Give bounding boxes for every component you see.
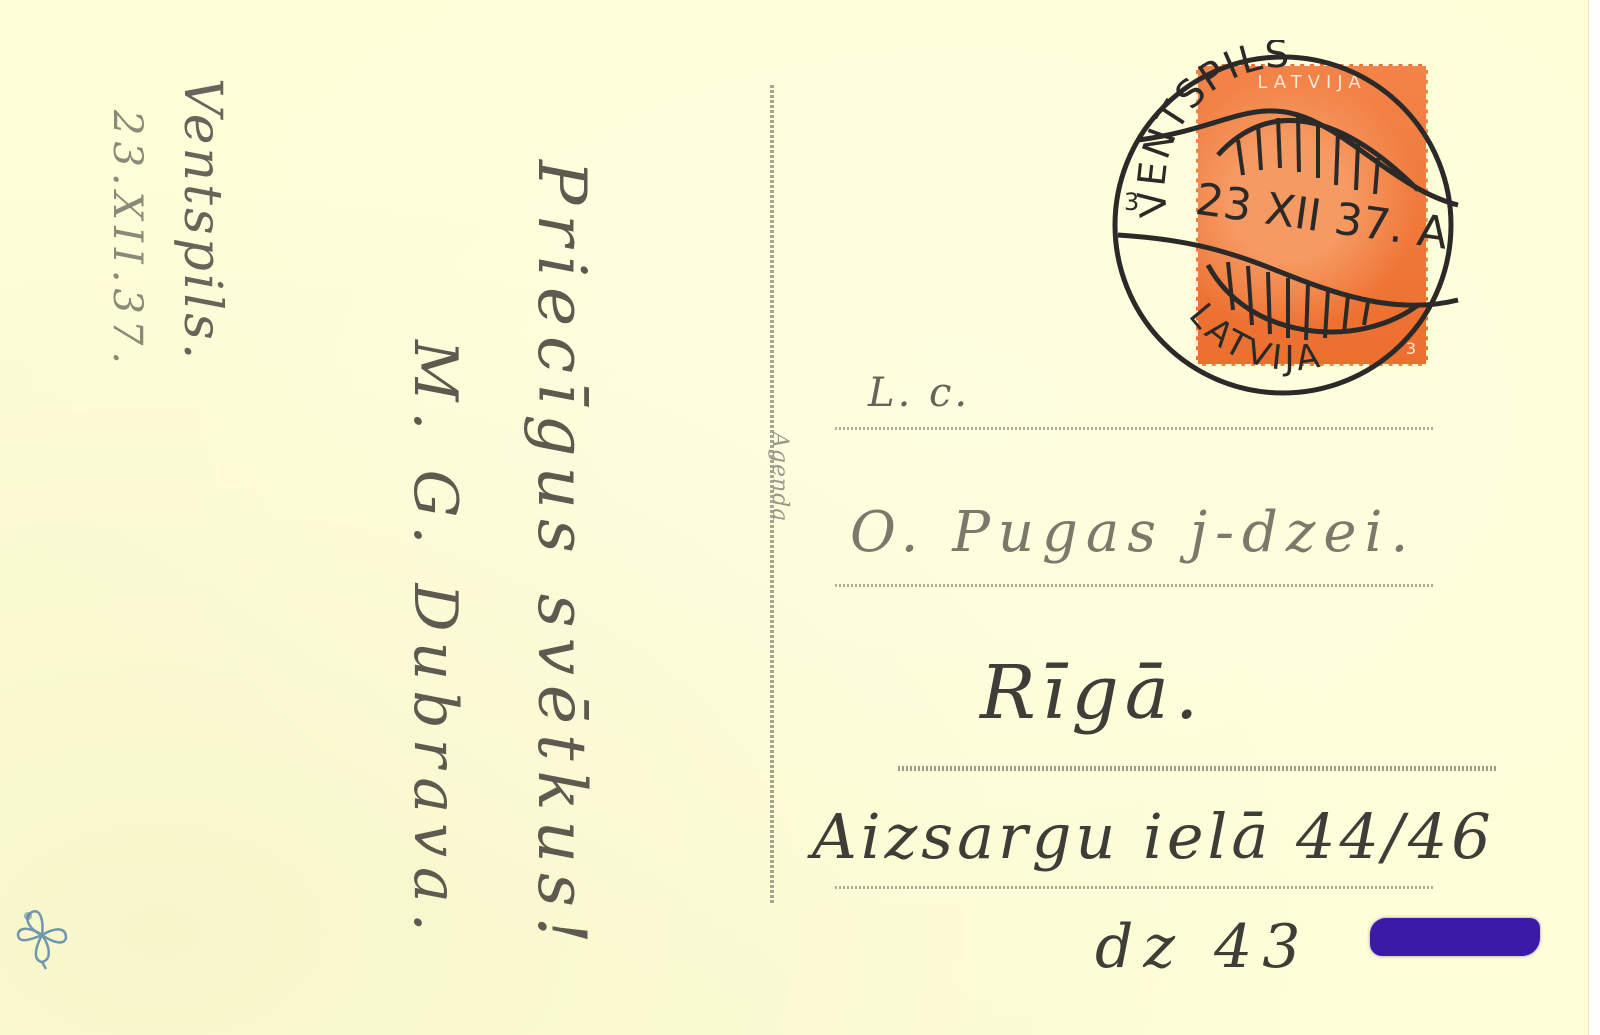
ink-redaction-mark	[1370, 918, 1540, 956]
greeting-line-1: Priecīgus svētkus!	[523, 160, 600, 953]
place-note: Ventspils.	[172, 78, 232, 362]
address-line-4	[835, 886, 1435, 889]
printer-mark: Agenda	[767, 432, 792, 522]
address-recipient: O. Pugas j-dzei.	[850, 500, 1416, 565]
date-note: 23.XII.37.	[104, 110, 150, 370]
postmark-cancellation: VENTSPILS 23 XII 37. A LATVIJA 3	[1098, 40, 1468, 400]
postmark-icon: VENTSPILS 23 XII 37. A LATVIJA 3	[1098, 40, 1468, 400]
address-line-2	[835, 584, 1435, 587]
postmark-side-mark: 3	[1124, 188, 1139, 216]
greeting-line-2: M. G. Dubrava.	[400, 340, 470, 942]
address-line-1	[835, 427, 1435, 430]
clover-logo-icon	[10, 900, 74, 970]
address-apartment: dz 43	[1095, 912, 1310, 982]
address-line-3	[898, 766, 1498, 771]
address-city: Rīgā.	[980, 650, 1204, 736]
postcard: Ventspils. 23.XII.37. Priecīgus svētkus!…	[0, 0, 1589, 1035]
address-salutation: L. c.	[868, 370, 970, 416]
address-street: Aizsargu ielā 44/46	[812, 800, 1495, 873]
